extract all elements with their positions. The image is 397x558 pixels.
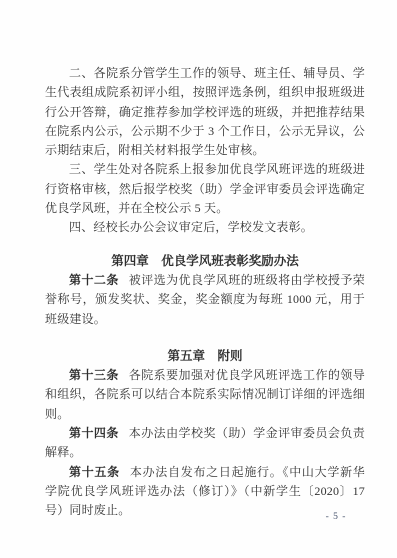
article-15-number: 第十五条: [69, 465, 120, 479]
document-body: 二、各院系分管学生工作的领导、班主任、辅导员、学生代表组成院系初评小组，按照评选…: [45, 64, 365, 521]
chapter-4-heading: 第四章 优良学风班表彰奖励办法: [45, 252, 365, 271]
article-12-number: 第十二条: [69, 273, 119, 287]
paragraph-text: 四、经校长办公会议审定后，学校发文表彰。: [69, 220, 313, 234]
chapter-5-heading: 第五章 附则: [45, 347, 365, 366]
paragraph-text: 三、学生处对各院系上报参加优良学风班评选的班级进行资格审核，然后报学校奖（助）学…: [45, 162, 365, 215]
article-13-paragraph: 第十三条各院系要加强对优良学风班评选工作的领导和组织，各院系可以结合本院系实际情…: [45, 366, 365, 424]
article-14-paragraph: 第十四条本办法由学校奖（助）学金评审委员会负责解释。: [45, 424, 365, 463]
body-paragraph-3: 三、学生处对各院系上报参加优良学风班评选的班级进行资格审核，然后报学校奖（助）学…: [45, 160, 365, 218]
article-15-paragraph: 第十五条本办法自发布之日起施行。《中山大学新华学院优良学风班评选办法（修订）》（…: [45, 463, 365, 521]
body-paragraph-4: 四、经校长办公会议审定后，学校发文表彰。: [45, 218, 365, 237]
article-13-number: 第十三条: [69, 368, 119, 382]
paragraph-text: 二、各院系分管学生工作的领导、班主任、辅导员、学生代表组成院系初评小组，按照评选…: [45, 66, 365, 157]
article-12-paragraph: 第十二条被评选为优良学风班的班级将由学校授予荣誉称号，颁发奖状、奖金，奖金额度为…: [45, 271, 365, 329]
page-number: - 5 -: [318, 512, 354, 522]
article-14-number: 第十四条: [69, 426, 119, 440]
body-paragraph-2: 二、各院系分管学生工作的领导、班主任、辅导员、学生代表组成院系初评小组，按照评选…: [45, 64, 365, 160]
document-page: 二、各院系分管学生工作的领导、班主任、辅导员、学生代表组成院系初评小组，按照评选…: [0, 0, 397, 558]
